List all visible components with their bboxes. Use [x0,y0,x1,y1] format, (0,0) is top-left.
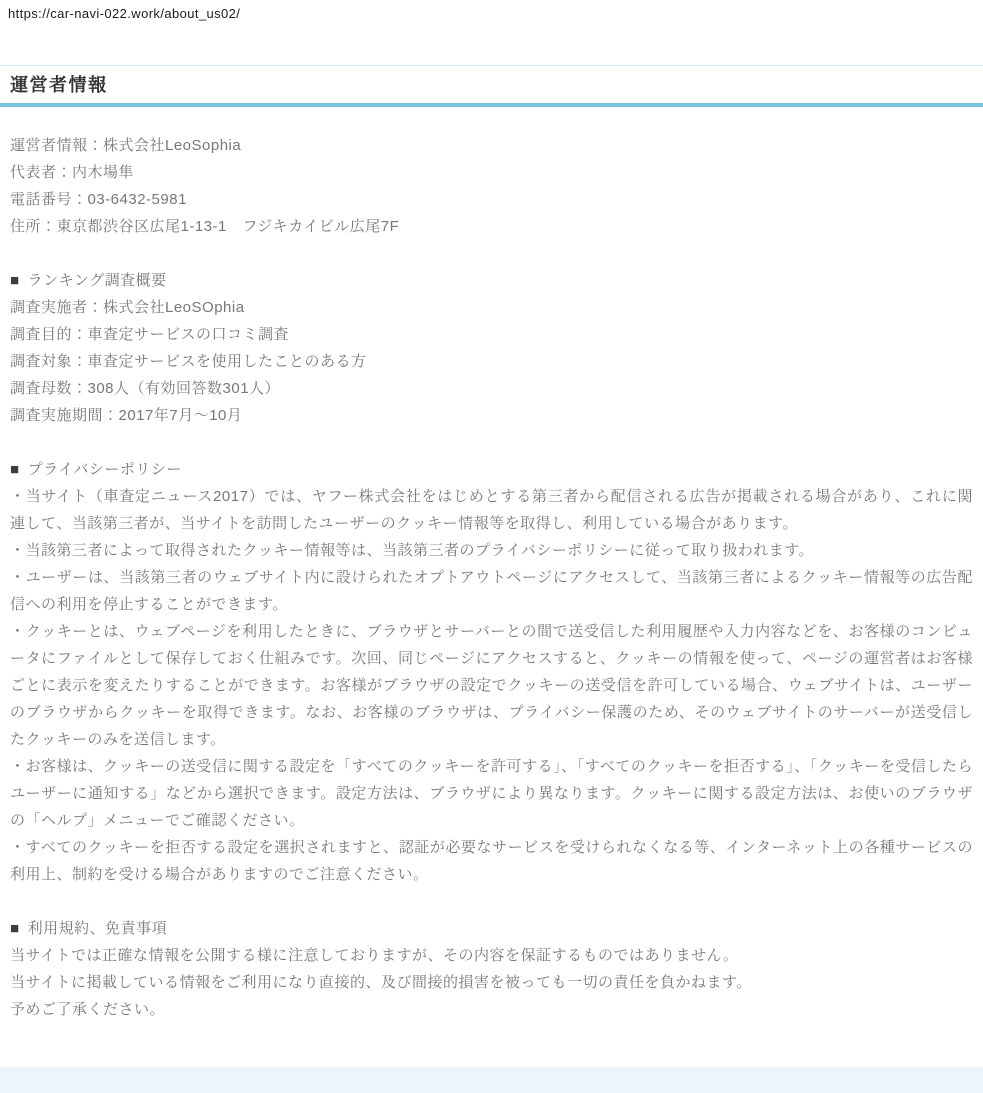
terms-acknowledgement-line: 予めご了承ください。 [10,996,973,1023]
privacy-paragraph-cookie-settings: ・お客様は、クッキーの送受信に関する設定を「すべてのクッキーを許可する」、「すべ… [10,753,973,834]
main-content: 運営者情報：株式会社LeoSophia 代表者：内木場隼 電話番号：03-643… [0,107,983,1023]
privacy-heading-label: プライバシーポリシー [28,461,182,478]
operator-info-section: 運営者情報：株式会社LeoSophia 代表者：内木場隼 電話番号：03-643… [10,132,973,240]
privacy-paragraph-cookie-definition: ・クッキーとは、ウェブページを利用したときに、ブラウザとサーバーとの間で送受信し… [10,618,973,753]
page: https://car-navi-022.work/about_us02/ 運営… [0,0,983,1093]
survey-heading-label: ランキング調査概要 [28,272,167,289]
privacy-paragraph-cookie-rejection: ・すべてのクッキーを拒否する設定を選択されますと、認証が必要なサービスを受けられ… [10,834,973,888]
footer-strip [0,1067,983,1093]
terms-section: ■利用規約、免責事項 当サイトでは正確な情報を公開する様に注意しておりますが、そ… [10,915,973,1023]
operator-company-line: 運営者情報：株式会社LeoSophia [10,132,973,159]
privacy-policy-section: ■プライバシーポリシー ・当サイト（車査定ニュース2017）では、ヤフー株式会社… [10,456,973,888]
page-title: 運営者情報 [0,66,983,107]
page-url: https://car-navi-022.work/about_us02/ [0,0,983,22]
privacy-paragraph-opt-out: ・ユーザーは、当該第三者のウェブサイト内に設けられたオプトアウトページにアクセス… [10,564,973,618]
privacy-paragraph-third-party-ads: ・当サイト（車査定ニュース2017）では、ヤフー株式会社をはじめとする第三者から… [10,483,973,537]
survey-purpose-line: 調査目的：車査定サービスの口コミ調査 [10,321,973,348]
survey-target-line: 調査対象：車査定サービスを使用したことのある方 [10,348,973,375]
survey-section-heading: ■ランキング調査概要 [10,267,973,294]
operator-phone-line: 電話番号：03-6432-5981 [10,186,973,213]
terms-accuracy-line: 当サイトでは正確な情報を公開する様に注意しておりますが、その内容を保証するもので… [10,942,973,969]
terms-section-heading: ■利用規約、免責事項 [10,915,973,942]
square-bullet-icon: ■ [10,272,20,289]
terms-heading-label: 利用規約、免責事項 [28,920,168,937]
survey-sample-line: 調査母数：308人（有効回答数301人） [10,375,973,402]
square-bullet-icon: ■ [10,461,20,478]
privacy-paragraph-cookie-handling: ・当該第三者によって取得されたクッキー情報等は、当該第三者のプライバシーポリシー… [10,537,973,564]
operator-representative-line: 代表者：内木場隼 [10,159,973,186]
survey-section: ■ランキング調査概要 調査実施者：株式会社LeoSOphia 調査目的：車査定サ… [10,267,973,429]
square-bullet-icon: ■ [10,920,20,937]
survey-period-line: 調査実施期間：2017年7月〜10月 [10,402,973,429]
survey-conductor-line: 調査実施者：株式会社LeoSOphia [10,294,973,321]
operator-address-line: 住所：東京都渋谷区広尾1-13-1 フジキカイビル広尾7F [10,213,973,240]
terms-liability-line: 当サイトに掲載している情報をご利用になり直接的、及び間接的損害を被っても一切の責… [10,969,973,996]
privacy-section-heading: ■プライバシーポリシー [10,456,973,483]
